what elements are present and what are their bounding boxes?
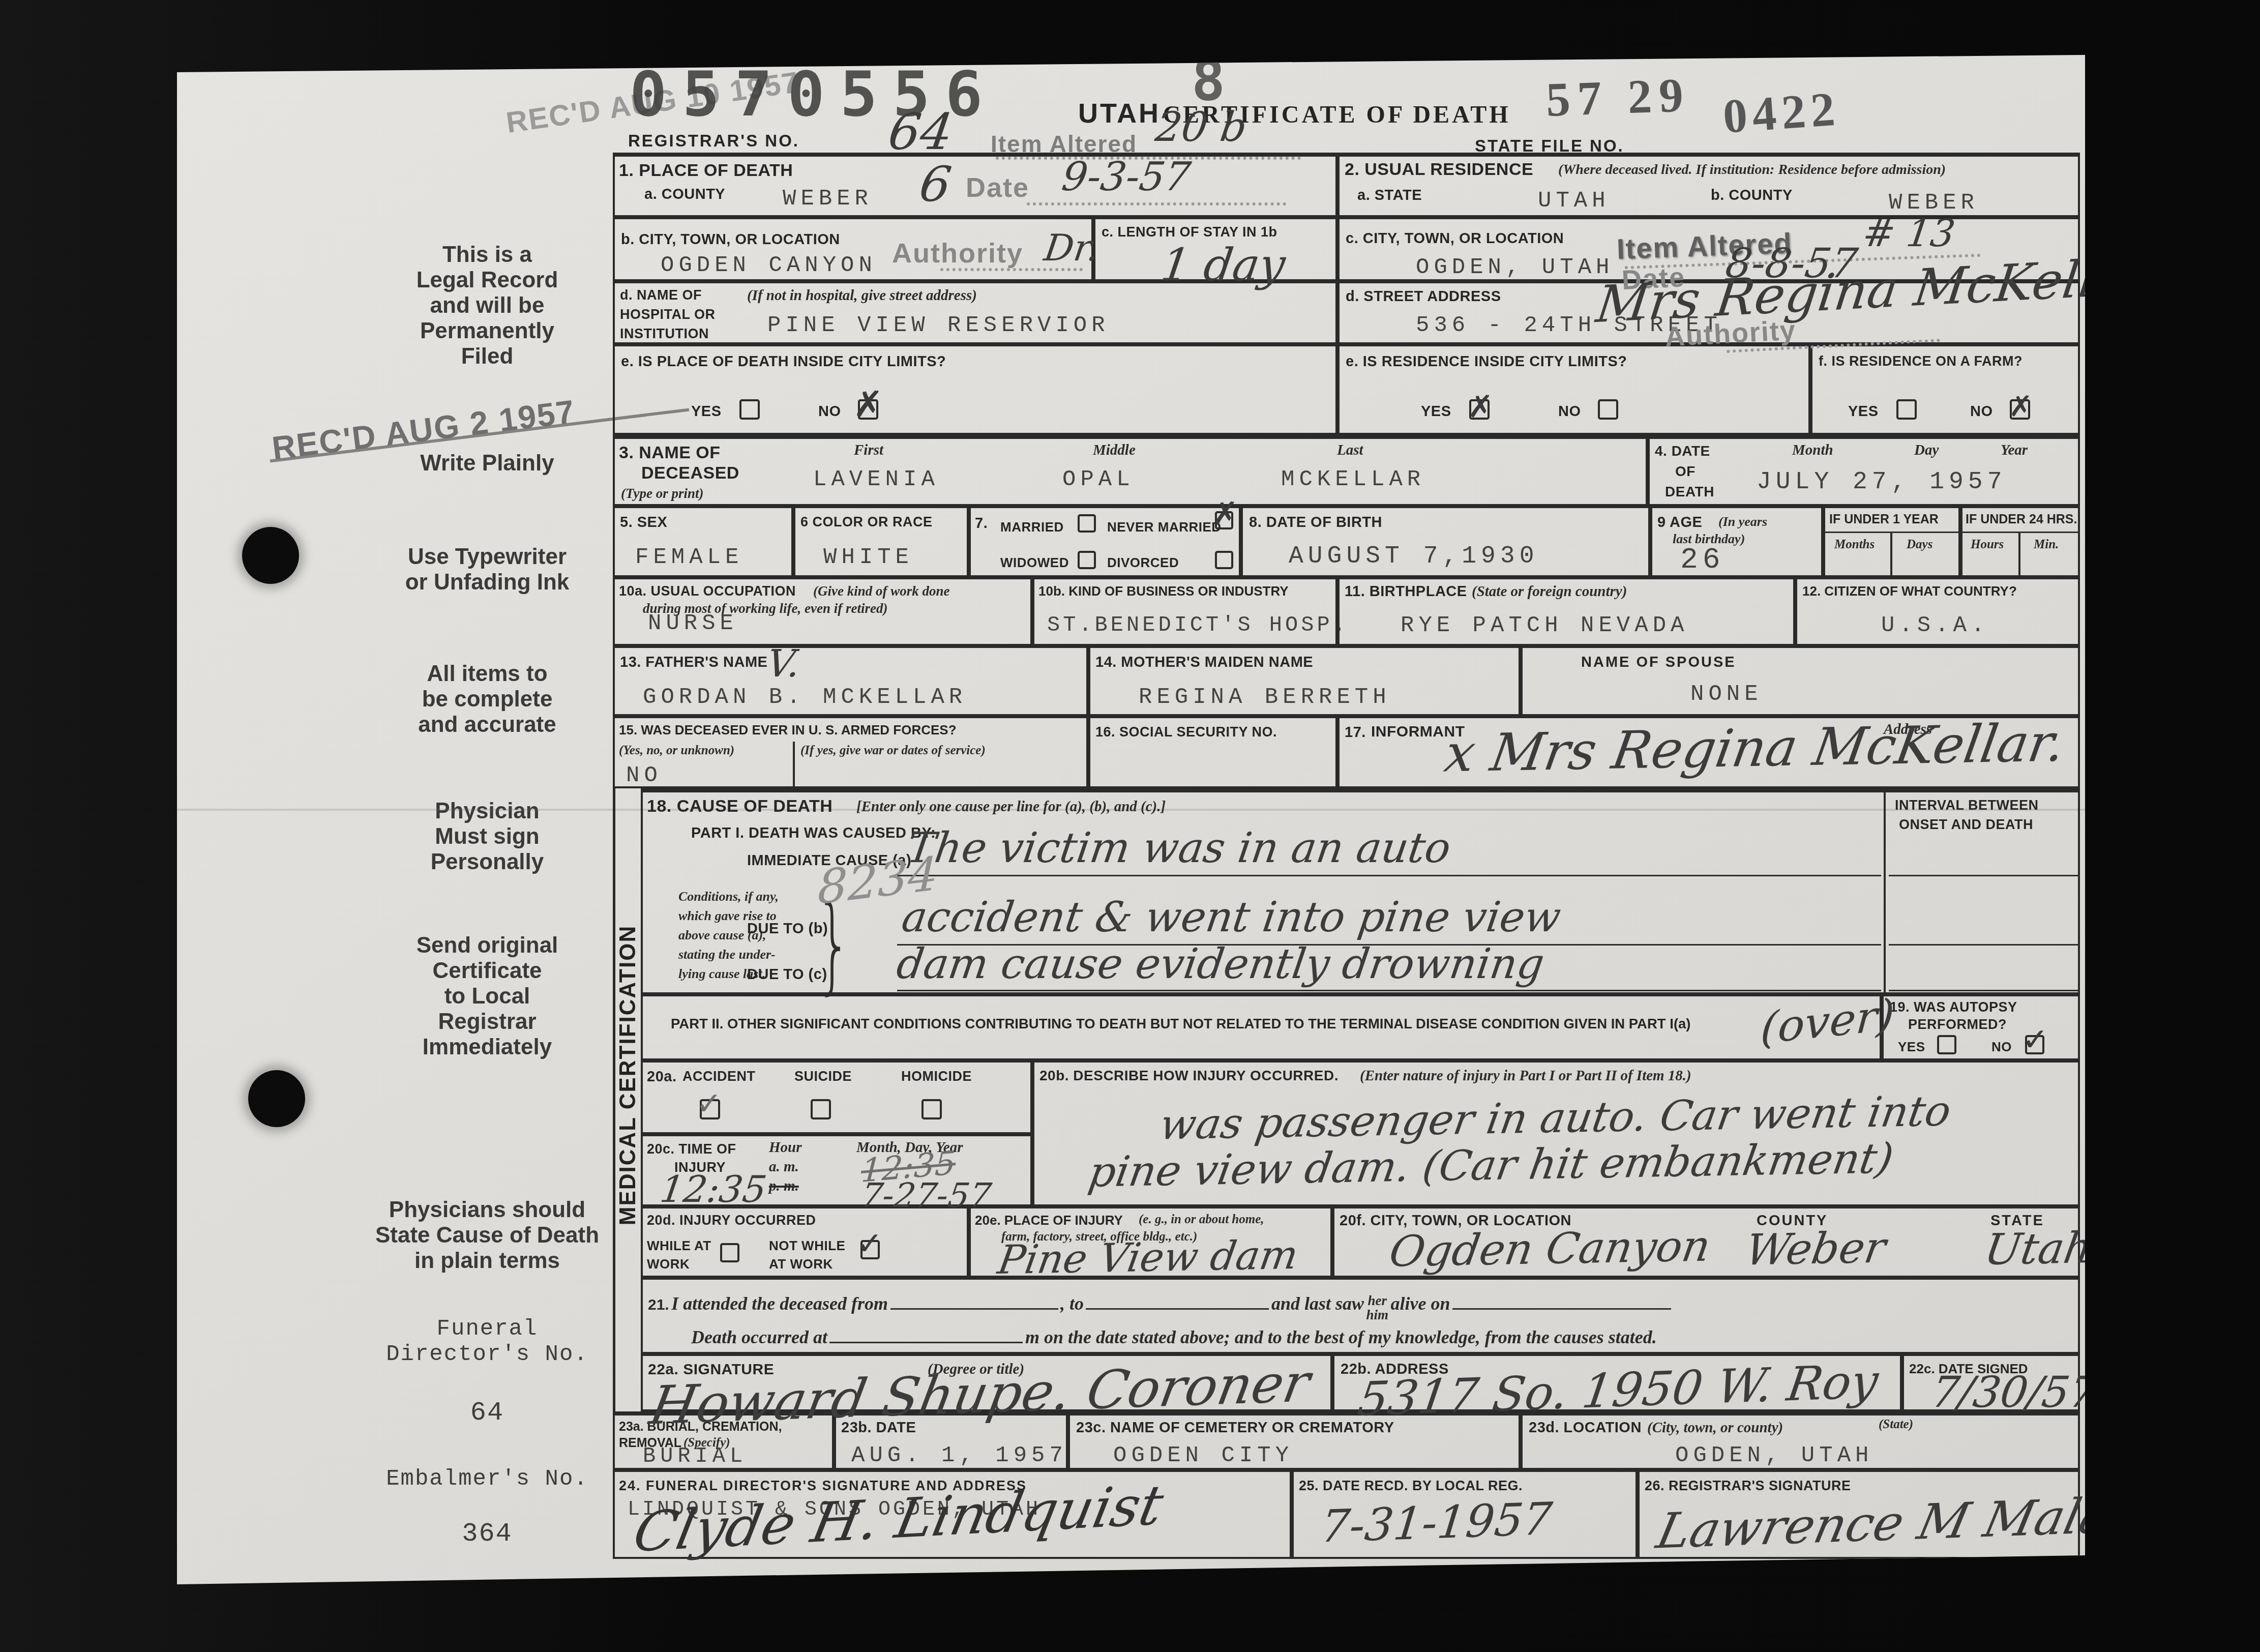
field-10a-value: NURSE bbox=[648, 611, 738, 636]
field-12-label: 12. CITIZEN OF WHAT COUNTRY? bbox=[1802, 583, 2017, 599]
field-20e-note-1: (e. g., in or about home, bbox=[1139, 1213, 1264, 1227]
field-16-ssn: 16. SOCIAL SECURITY NO. bbox=[1088, 716, 1337, 788]
field-1e-yes-checkbox bbox=[739, 399, 760, 420]
file-stamp-left: 57 29 bbox=[1545, 67, 1691, 128]
under-1-year-divider-v bbox=[1890, 532, 1892, 575]
field-5-value: FEMALE bbox=[635, 545, 743, 570]
accident-check-mark: ✓ bbox=[696, 1085, 722, 1122]
field-1c-value: 1 day bbox=[1158, 239, 1289, 291]
field-19-no-check-mark: ✓ bbox=[2022, 1021, 2048, 1058]
field-18-title-note: [Enter only one cause per line for (a), … bbox=[856, 799, 1166, 815]
field-9-under-24-hrs: IF UNDER 24 HRS. Hours Min. bbox=[1960, 506, 2080, 577]
field-23a-value: BURIAL bbox=[643, 1444, 747, 1468]
pm-label: p. m. bbox=[769, 1178, 799, 1195]
field-2e-label: e. IS RESIDENCE INSIDE CITY LIMITS? bbox=[1346, 353, 1627, 370]
suicide-label: SUICIDE bbox=[794, 1069, 852, 1084]
field-2e-yes-label: YES bbox=[1421, 403, 1451, 420]
hours-label: Hours bbox=[1971, 538, 2004, 552]
field-22c-date-signed: 22c. DATE SIGNED 7/30/57 bbox=[1902, 1354, 2080, 1411]
field-10b-value: ST.BENEDICT'S HOSP. bbox=[1047, 613, 1349, 637]
over-note: (over) bbox=[1759, 990, 1896, 1054]
field-8-date-of-birth: 8. DATE OF BIRTH AUGUST 7,1930 bbox=[1241, 506, 1650, 577]
field-7-number: 7. bbox=[975, 515, 988, 532]
sidebar-funeral-no-value: 64 bbox=[330, 1398, 645, 1428]
field-6-color-or-race: 6 COLOR OR RACE WHITE bbox=[793, 506, 969, 577]
field-20c-label-1: 20c. TIME OF bbox=[647, 1141, 736, 1157]
date-stamp-1: Date bbox=[966, 172, 1029, 203]
cause-a-handwriting: The victim was in an auto bbox=[904, 824, 1453, 872]
field-1a-label: a. COUNTY bbox=[644, 186, 725, 203]
field-24-funeral-director: 24. FUNERAL DIRECTOR'S SIGNATURE AND ADD… bbox=[613, 1470, 1292, 1559]
field-4-label-2: OF bbox=[1675, 463, 1696, 480]
field-26-registrar-signature: 26. REGISTRAR'S SIGNATURE Lawrence M Mal… bbox=[1638, 1470, 2080, 1559]
field-2-usual-residence: 2. USUAL RESIDENCE (Where deceased lived… bbox=[1337, 153, 2080, 217]
medical-certification-spine: MEDICAL CERTIFICATION bbox=[613, 788, 641, 1411]
field-11-label: 11. BIRTHPLACE bbox=[1345, 583, 1467, 600]
homicide-label: HOMICIDE bbox=[901, 1069, 972, 1084]
field-1e-yes-label: YES bbox=[691, 403, 722, 420]
field-17-number: 17. bbox=[1345, 724, 1366, 741]
field-10a-occupation: 10a. USUAL OCCUPATION (Give kind of work… bbox=[613, 577, 1032, 646]
field-7-widowed-checkbox bbox=[1078, 551, 1096, 569]
cause-c-handwriting: dam cause evidently drowning bbox=[894, 940, 1547, 988]
field-1e-no-label: NO bbox=[818, 403, 841, 420]
under-24-hrs-divider-v bbox=[2018, 532, 2020, 575]
field-23d-location: 23d. LOCATION (City, town, or county) (S… bbox=[1521, 1411, 2080, 1470]
sidebar-write-plainly: Write Plainly bbox=[345, 451, 630, 476]
field-5-sex: 5. SEX FEMALE bbox=[613, 506, 793, 577]
field-3-last-value: MCKELLAR bbox=[1281, 467, 1425, 492]
field-1d-label-2: HOSPITAL OR bbox=[620, 307, 716, 322]
part-2-text: PART II. OTHER SIGNIFICANT CONDITIONS CO… bbox=[671, 1016, 1691, 1032]
conditions-note-1: Conditions, if any, bbox=[678, 889, 779, 904]
suicide-checkbox bbox=[811, 1099, 831, 1119]
field-3-name-of-deceased: 3. NAME OF DECEASED (Type or print) Firs… bbox=[613, 435, 1648, 506]
while-at-work-label-1: WHILE AT bbox=[647, 1238, 711, 1254]
field-3-middle-label: Middle bbox=[1093, 442, 1136, 459]
date-stamp-1-value: 9-3-57 bbox=[1059, 154, 1194, 200]
field-25-value: 7-31-1957 bbox=[1319, 1492, 1555, 1553]
field-3-first-label: First bbox=[854, 442, 883, 459]
field-14-value: REGINA BERRETH bbox=[1139, 685, 1391, 710]
field-7-never-married-x-mark: ✗ bbox=[1212, 495, 1238, 532]
field-4-label-1: 4. DATE bbox=[1655, 443, 1710, 459]
field-1e-no-x-mark: ✗ bbox=[853, 383, 883, 426]
field-23d-note: (City, town, or county) bbox=[1647, 1420, 1783, 1436]
field-20b-describe-injury: 20b. DESCRIBE HOW INJURY OCCURRED. (Ente… bbox=[1032, 1060, 2080, 1206]
punch-hole-bottom bbox=[248, 1070, 305, 1127]
form-title-state: UTAH bbox=[1078, 98, 1161, 129]
field-11-birthplace: 11. BIRTHPLACE (State or foreign country… bbox=[1337, 577, 1795, 646]
field-8-value: AUGUST 7,1930 bbox=[1289, 543, 1538, 570]
field-3-label-3: (Type or print) bbox=[621, 486, 703, 501]
registrar-no-label: REGISTRAR'S NO. bbox=[628, 131, 799, 151]
field-2e-city-limits: e. IS RESIDENCE INSIDE CITY LIMITS? YES … bbox=[1337, 344, 1810, 435]
field-12-citizen: 12. CITIZEN OF WHAT COUNTRY? U.S.A. bbox=[1795, 577, 2080, 646]
field-2f-no-label: NO bbox=[1970, 403, 1993, 420]
field-26-label: 26. REGISTRAR'S SIGNATURE bbox=[1645, 1478, 1851, 1494]
field-19-label-1: 19. WAS AUTOPSY bbox=[1890, 999, 2017, 1015]
field-9-under-1-year: IF UNDER 1 YEAR Months Days bbox=[1823, 506, 1960, 577]
field-20b-label: 20b. DESCRIBE HOW INJURY OCCURRED. bbox=[1039, 1068, 1339, 1084]
field-2-title-note: (Where deceased lived. If institution: R… bbox=[1558, 162, 1946, 178]
field-1a-county: 1. PLACE OF DEATH a. COUNTY WEBER 6 Date… bbox=[613, 153, 1337, 217]
field-10a-label: 10a. USUAL OCCUPATION bbox=[619, 583, 796, 599]
field-7-never-married-label: NEVER MARRIED bbox=[1107, 519, 1222, 535]
item-altered-stamp-top: Item Altered bbox=[991, 130, 1137, 158]
field-8-label: 8. DATE OF BIRTH bbox=[1249, 514, 1382, 531]
field-15-note-1: (Yes, no, or unknown) bbox=[619, 744, 734, 758]
not-while-at-work-check-mark: ✓ bbox=[856, 1225, 883, 1262]
field-1e-city-limits: e. IS PLACE OF DEATH INSIDE CITY LIMITS?… bbox=[613, 344, 1337, 435]
field-2f-label: f. IS RESIDENCE ON A FARM? bbox=[1819, 353, 2023, 369]
field-2f-farm: f. IS RESIDENCE ON A FARM? YES NO ✗ bbox=[1810, 344, 2080, 435]
field-4-date-of-death: 4. DATE OF DEATH Month Day Year JULY 27,… bbox=[1648, 435, 2080, 506]
field-19-label-2: PERFORMED? bbox=[1908, 1017, 2007, 1032]
form-title: UTAH CERTIFICATE OF DEATH bbox=[1078, 98, 1511, 129]
field-22b-address: 22b. ADDRESS 5317 So. 1950 W. Roy bbox=[1332, 1354, 1902, 1411]
field-1a-handwriting: 6 bbox=[916, 157, 955, 213]
field-spouse-name: NAME OF SPOUSE NONE bbox=[1521, 646, 2080, 716]
blank-from bbox=[890, 1293, 1058, 1310]
field-2a-label: a. STATE bbox=[1357, 187, 1422, 204]
field-2e-yes-x-mark: ✗ bbox=[1468, 389, 1493, 425]
field-9-label: 9 AGE bbox=[1657, 514, 1702, 531]
field-23b-value: AUG. 1, 1957 bbox=[851, 1443, 1067, 1468]
field-4-day-label: Day bbox=[1914, 442, 1939, 459]
field-15-label: 15. WAS DECEASED EVER IN U. S. ARMED FOR… bbox=[619, 722, 957, 738]
field-20e-label: 20e. PLACE OF INJURY bbox=[975, 1213, 1123, 1228]
interval-divider bbox=[1884, 792, 1886, 994]
am-label: a. m. bbox=[769, 1159, 799, 1175]
medical-certification-label: MEDICAL CERTIFICATION bbox=[615, 925, 641, 1225]
field-15-divider bbox=[793, 742, 795, 786]
field-1d-note: (If not in hospital, give street address… bbox=[747, 287, 977, 304]
registrar-no-value: 64 bbox=[885, 103, 957, 161]
field-10b-industry: 10b. KIND OF BUSINESS OR INDUSTRY ST.BEN… bbox=[1032, 577, 1337, 646]
field-3-label-2: DECEASED bbox=[641, 463, 739, 483]
field-1d-value: PINE VIEW RESERVIOR bbox=[767, 313, 1110, 338]
field-2f-yes-checkbox bbox=[1896, 399, 1917, 420]
field-1b-value: OGDEN CANYON bbox=[661, 253, 877, 278]
authority-stamp-1-value: Dr. bbox=[1042, 226, 1102, 269]
field-21-line-2: Death occurred at m on the date stated a… bbox=[691, 1326, 1657, 1348]
sidebar-typewriter: Use Typewriter or Unfading Ink bbox=[330, 544, 645, 595]
hour-label: Hour bbox=[769, 1139, 801, 1156]
field-23c-label: 23c. NAME OF CEMETERY OR CREMATORY bbox=[1076, 1420, 1394, 1436]
under-24-hrs-label: IF UNDER 24 HRS. bbox=[1966, 512, 2077, 527]
accident-label: ACCIDENT bbox=[682, 1069, 756, 1084]
sidebar-embalmers-no-label: Embalmer's No. bbox=[330, 1466, 645, 1492]
field-10a-note-1: (Give kind of work done bbox=[813, 583, 949, 599]
interval-rule-c bbox=[1889, 990, 2080, 991]
blank-alive-on bbox=[1452, 1293, 1671, 1310]
field-19-autopsy: 19. WAS AUTOPSY PERFORMED? YES NO ✓ bbox=[1882, 994, 2080, 1060]
field-23c-value: OGDEN CITY bbox=[1113, 1443, 1293, 1468]
her-him-stack: her him bbox=[1366, 1293, 1388, 1322]
field-18-cause-of-death: 18. CAUSE OF DEATH [Enter only one cause… bbox=[641, 788, 2080, 994]
field-7-divorced-checkbox bbox=[1215, 551, 1233, 569]
punch-hole-top bbox=[242, 527, 299, 584]
field-1b-city: b. CITY, TOWN, OR LOCATION OGDEN CANYON … bbox=[613, 217, 1093, 281]
field-2e-no-label: NO bbox=[1558, 403, 1581, 420]
field-10b-label: 10b. KIND OF BUSINESS OR INDUSTRY bbox=[1038, 583, 1289, 599]
field-4-month-label: Month bbox=[1792, 442, 1833, 459]
field-20f-city-value: Ogden Canyon bbox=[1386, 1221, 1714, 1277]
field-6-label: 6 COLOR OR RACE bbox=[800, 514, 933, 530]
blank-death-occurred bbox=[829, 1326, 1023, 1343]
item-altered-value-top: 20 b bbox=[1152, 103, 1250, 151]
field-7-married-checkbox bbox=[1078, 514, 1096, 533]
field-4-label-3: DEATH bbox=[1665, 484, 1714, 500]
field-20d-label: 20d. INJURY OCCURRED bbox=[647, 1213, 816, 1228]
field-3-middle-value: OPAL bbox=[1062, 467, 1135, 492]
field-2d-label: d. STREET ADDRESS bbox=[1346, 288, 1501, 305]
field-1c-length-of-stay: c. LENGTH OF STAY IN 1b 1 day bbox=[1093, 217, 1337, 281]
field-20b-note: (Enter nature of injury in Part I or Par… bbox=[1360, 1068, 1691, 1084]
not-while-at-work-label-1: NOT WHILE bbox=[769, 1238, 845, 1254]
field-11-note: (State or foreign country) bbox=[1472, 583, 1627, 600]
while-at-work-checkbox bbox=[720, 1243, 739, 1262]
under-24-hrs-divider-h bbox=[1962, 532, 2078, 533]
field-13-fathers-name: 13. FATHER'S NAME V. GORDAN B. MCKELLAR bbox=[613, 646, 1088, 716]
field-20a-number: 20a. bbox=[647, 1069, 676, 1085]
field-3-label-1: 3. NAME OF bbox=[619, 443, 721, 463]
state-note: (State) bbox=[1879, 1418, 1913, 1432]
sidebar-funeral-directors-no: Funeral Director's No. bbox=[330, 1316, 645, 1367]
field-25-date-received: 25. DATE RECD. BY LOCAL REG. 7-31-1957 bbox=[1292, 1470, 1638, 1559]
item-altered-2-value: # 13 bbox=[1860, 212, 1958, 255]
field-14-label: 14. MOTHER'S MAIDEN NAME bbox=[1095, 654, 1313, 671]
field-spouse-value: NONE bbox=[1690, 682, 1763, 707]
field-2e-no-checkbox bbox=[1598, 399, 1618, 420]
months-label: Months bbox=[1834, 538, 1875, 552]
field-26-value: Lawrence M Malan bbox=[1652, 1486, 2148, 1560]
cause-a-underline bbox=[897, 875, 1881, 876]
cause-c-underline bbox=[897, 990, 1881, 991]
field-9-age: 9 AGE (In years last birthday) 26 bbox=[1650, 506, 1823, 577]
field-15-armed-forces: 15. WAS DECEASED EVER IN U. S. ARMED FOR… bbox=[613, 716, 1088, 788]
field-1d-label-1: d. NAME OF bbox=[620, 287, 702, 303]
date-of-injury-value: 7-27-57 bbox=[859, 1176, 994, 1215]
field-17-value: x Mrs Regina McKellar. bbox=[1441, 713, 2069, 784]
field-4-year-label: Year bbox=[2001, 442, 2028, 459]
field-18-title: 18. CAUSE OF DEATH bbox=[647, 796, 832, 816]
due-to-c-label: DUE TO (c) bbox=[747, 966, 827, 983]
field-7-marital-status: 7. MARRIED NEVER MARRIED ✗ WIDOWED DIVOR… bbox=[969, 506, 1241, 577]
sidebar-embalmers-no-value: 364 bbox=[330, 1519, 645, 1549]
authority-stamp-1: Authority bbox=[892, 238, 1023, 269]
field-11-value: RYE PATCH NEVADA bbox=[1401, 613, 1688, 638]
field-3-first-value: LAVENIA bbox=[813, 467, 939, 492]
field-16-label: 16. SOCIAL SECURITY NO. bbox=[1095, 724, 1277, 740]
field-14-mothers-maiden-name: 14. MOTHER'S MAIDEN NAME REGINA BERRETH bbox=[1088, 646, 1521, 716]
not-while-at-work-label-2: AT WORK bbox=[769, 1256, 833, 1272]
field-7-widowed-label: WIDOWED bbox=[1000, 555, 1069, 571]
certificate-paper: REC'D AUG 10 1957 0570556 8 UTAH CERTIFI… bbox=[177, 55, 2085, 1584]
field-12-value: U.S.A. bbox=[1881, 613, 1989, 638]
field-23d-value: OGDEN, UTAH bbox=[1675, 1443, 1873, 1468]
field-1-title: 1. PLACE OF DEATH bbox=[619, 161, 793, 181]
cause-b-handwriting: accident & went into pine view bbox=[899, 893, 1564, 941]
file-stamp-right: 0422 bbox=[1721, 80, 1841, 144]
field-2-title: 2. USUAL RESIDENCE bbox=[1345, 160, 1533, 180]
field-13-label: 13. FATHER'S NAME bbox=[620, 654, 767, 671]
field-21-attended-statement: 21. I attended the deceased from , to an… bbox=[641, 1278, 2080, 1354]
field-20a-accident: 20a. ACCIDENT SUICIDE HOMICIDE ✓ bbox=[641, 1060, 1032, 1134]
interval-rule-a bbox=[1889, 875, 2080, 876]
field-19-yes-label: YES bbox=[1898, 1039, 1925, 1055]
under-1-year-label: IF UNDER 1 YEAR bbox=[1829, 512, 1939, 527]
field-9-value: 26 bbox=[1680, 544, 1725, 577]
field-23d-label: 23d. LOCATION bbox=[1529, 1420, 1642, 1436]
interval-rule-b bbox=[1889, 944, 2080, 946]
field-15-value: NO bbox=[626, 763, 662, 788]
min-label: Min. bbox=[2034, 538, 2059, 552]
field-21-line-1: 21. I attended the deceased from , to an… bbox=[648, 1293, 1671, 1322]
field-7-married-label: MARRIED bbox=[1000, 519, 1064, 535]
field-20d-injury-occurred: 20d. INJURY OCCURRED WHILE AT WORK NOT W… bbox=[641, 1206, 969, 1278]
field-22c-value: 7/30/57 bbox=[1928, 1367, 2100, 1417]
field-22a-signature: 22a. SIGNATURE (Degree or title) Howard … bbox=[641, 1354, 1332, 1411]
field-2b-label: b. COUNTY bbox=[1711, 187, 1793, 204]
field-3-last-label: Last bbox=[1337, 442, 1363, 459]
time-of-injury-value: 12:35 bbox=[658, 1168, 769, 1211]
field-spouse-label: NAME OF SPOUSE bbox=[1581, 654, 1736, 671]
field-2d-street-address: d. STREET ADDRESS 536 - 24TH STREET Auth… bbox=[1337, 281, 2080, 344]
field-19-no-label: NO bbox=[1991, 1039, 2012, 1055]
field-20f-state-value: Utah bbox=[1981, 1223, 2096, 1275]
field-15-note-2: (If yes, give war or dates of service) bbox=[800, 744, 986, 758]
field-5-label: 5. SEX bbox=[620, 514, 667, 531]
field-1a-value: WEBER bbox=[783, 186, 873, 212]
field-6-value: WHITE bbox=[823, 545, 913, 570]
field-20e-value: Pine View dam bbox=[995, 1232, 1301, 1283]
field-2a-value: UTAH bbox=[1538, 188, 1610, 214]
part-1-label: PART I. DEATH WAS CAUSED BY: bbox=[691, 825, 936, 842]
while-at-work-label-2: WORK bbox=[647, 1256, 690, 1272]
due-to-b-label: DUE TO (b) bbox=[747, 921, 828, 937]
sidebar-cause-plain-terms: Physicians should State Cause of Death i… bbox=[319, 1197, 655, 1274]
field-2c-label: c. CITY, TOWN, OR LOCATION bbox=[1346, 230, 1564, 247]
sidebar-complete-accurate: All items to be complete and accurate bbox=[345, 661, 630, 737]
field-25-label: 25. DATE RECD. BY LOCAL REG. bbox=[1299, 1478, 1523, 1494]
sidebar-send-original: Send original Certificate to Local Regis… bbox=[345, 933, 630, 1060]
field-20f-location: 20f. CITY, TOWN, OR LOCATION COUNTY STAT… bbox=[1332, 1206, 2080, 1278]
field-1b-label: b. CITY, TOWN, OR LOCATION bbox=[621, 231, 840, 248]
field-17-informant: 17. INFORMANT Address x Mrs Regina McKel… bbox=[1337, 716, 2080, 788]
field-4-value: JULY 27, 1957 bbox=[1757, 468, 2006, 496]
scanned-death-certificate: REC'D AUG 10 1957 0570556 8 UTAH CERTIFI… bbox=[0, 0, 2260, 1652]
field-19-yes-checkbox bbox=[1937, 1035, 1956, 1054]
interval-label-2: ONSET AND DEATH bbox=[1899, 817, 2033, 833]
field-7-divorced-label: DIVORCED bbox=[1107, 555, 1179, 571]
field-18-part-2: PART II. OTHER SIGNIFICANT CONDITIONS CO… bbox=[641, 994, 1882, 1060]
field-20e-place-of-injury: 20e. PLACE OF INJURY (e. g., in or about… bbox=[969, 1206, 1332, 1278]
sidebar-legal-record: This is a Legal Record and will be Perma… bbox=[345, 242, 630, 369]
field-9-note-1: (In years bbox=[1718, 514, 1767, 529]
field-1e-label: e. IS PLACE OF DEATH INSIDE CITY LIMITS? bbox=[621, 353, 946, 370]
field-13-check-mark: V. bbox=[764, 642, 803, 686]
field-2c-value: OGDEN, UTAH bbox=[1416, 255, 1614, 280]
conditions-note-4: stating the under- bbox=[678, 947, 776, 962]
field-1c-label: c. LENGTH OF STAY IN 1b bbox=[1102, 224, 1277, 240]
days-label: Days bbox=[1907, 538, 1932, 552]
field-20f-county-value: Weber bbox=[1742, 1223, 1889, 1275]
homicide-checkbox bbox=[921, 1099, 942, 1119]
field-13-value: GORDAN B. MCKELLAR bbox=[643, 685, 967, 710]
field-2f-no-x-mark: ✗ bbox=[2009, 390, 2033, 423]
under-1-year-divider-h bbox=[1825, 532, 1958, 533]
blank-to bbox=[1086, 1293, 1269, 1310]
field-1d-label-3: INSTITUTION bbox=[620, 326, 709, 342]
field-20c-time-of-injury: 20c. TIME OF INJURY Hour a. m. p. m. 12:… bbox=[641, 1134, 1032, 1206]
interval-label-1: INTERVAL BETWEEN bbox=[1895, 798, 2039, 813]
field-2f-yes-label: YES bbox=[1848, 403, 1879, 420]
